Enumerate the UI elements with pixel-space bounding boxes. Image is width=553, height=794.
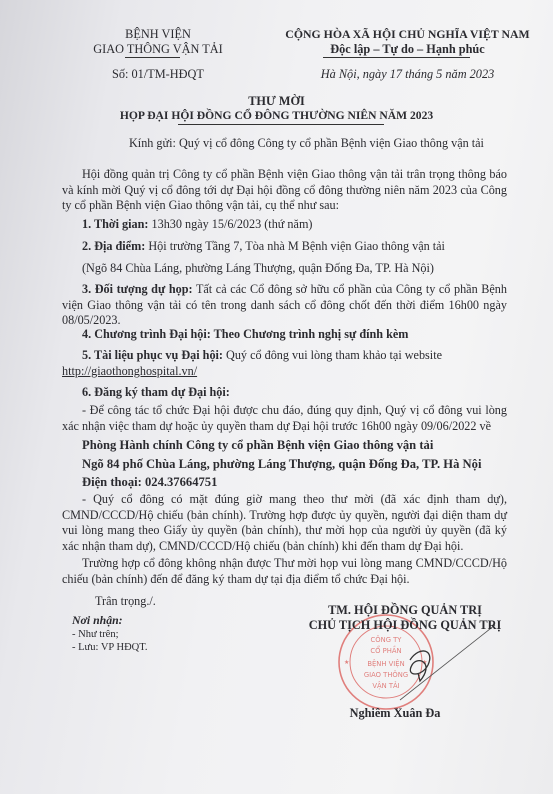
motto: Độc lập – Tự do – Hạnh phúc bbox=[280, 42, 535, 57]
nation-title: CỘNG HÒA XÃ HỘI CHỦ NGHĨA VIỆT NAM bbox=[280, 27, 535, 42]
recipient-item: - Như trên; bbox=[72, 629, 119, 640]
office-name: Phòng Hành chính Công ty cổ phần Bệnh vi… bbox=[82, 438, 433, 453]
item-time: 1. Thời gian: 13h30 ngày 15/6/2023 (thứ … bbox=[82, 217, 312, 232]
registration-paragraph: - Để công tác tổ chức Đại hội được chu đ… bbox=[62, 403, 507, 434]
title-underline bbox=[178, 124, 384, 125]
intro-paragraph: Hội đồng quản trị Công ty cổ phần Bệnh v… bbox=[62, 167, 507, 214]
letter-title: THƯ MỜI bbox=[0, 94, 553, 109]
item-location: 2. Địa điểm: Hội trường Tầng 7, Tòa nhà … bbox=[82, 239, 445, 254]
item-text: 13h30 ngày 15/6/2023 (thứ năm) bbox=[148, 217, 312, 231]
item-documents: 5. Tài liệu phục vụ Đại hội: Quý cổ đông… bbox=[62, 348, 507, 364]
doc-number: Số: 01/TM-HĐQT bbox=[88, 67, 228, 82]
office-address: Ngõ 84 phố Chùa Láng, phường Láng Thượng… bbox=[82, 457, 481, 472]
item-text: Quý cổ đông vui lòng tham khảo tại websi… bbox=[223, 348, 442, 362]
office-phone: Điện thoại: 024.37664751 bbox=[82, 475, 217, 490]
item-attendees: 3. Đối tượng dự họp: Tất cả các Cổ đông … bbox=[62, 282, 507, 329]
closing: Trân trọng./. bbox=[95, 594, 156, 609]
item-registration: 6. Đăng ký tham dự Đại hội: bbox=[82, 385, 230, 400]
meeting-title: HỌP ĐẠI HỘI ĐỒNG CỔ ĐÔNG THƯỜNG NIÊN NĂM… bbox=[0, 109, 553, 122]
motto-underline bbox=[323, 57, 470, 58]
recipient-item: - Lưu: VP HĐQT. bbox=[72, 642, 148, 653]
recipients-heading: Nơi nhận: bbox=[72, 613, 123, 628]
signature-title-2: CHỦ TỊCH HỘI ĐỒNG QUẢN TRỊ bbox=[290, 618, 520, 633]
org-underline bbox=[125, 57, 180, 58]
no-invite-paragraph: Trường hợp cổ đông không nhận được Thư m… bbox=[62, 556, 507, 587]
item-location-address: (Ngõ 84 Chùa Láng, phường Láng Thượng, q… bbox=[82, 261, 434, 276]
org-name-line1: BỆNH VIỆN bbox=[88, 27, 228, 42]
org-name-line2: GIAO THÔNG VẬN TẢI bbox=[78, 42, 238, 57]
place-date: Hà Nội, ngày 17 tháng 5 năm 2023 bbox=[280, 67, 535, 82]
item-label: 2. Địa điểm: bbox=[82, 239, 145, 253]
item-text: Hội trường Tầng 7, Tòa nhà M Bệnh viện G… bbox=[145, 239, 445, 253]
item-label: 5. Tài liệu phục vụ Đại hội: bbox=[82, 348, 223, 362]
attendance-paragraph: - Quý cổ đông có mặt đúng giờ mang theo … bbox=[62, 492, 507, 554]
recipient-line: Kính gửi: Quý vị cổ đông Công ty cổ phần… bbox=[129, 136, 484, 151]
item-agenda: 4. Chương trình Đại hội: Theo Chương trì… bbox=[82, 327, 408, 342]
svg-text:★: ★ bbox=[344, 659, 349, 666]
item-label: 1. Thời gian: bbox=[82, 217, 148, 231]
item-label: 3. Đối tượng dự họp: bbox=[82, 282, 193, 296]
signer-name: Nghiêm Xuân Đa bbox=[330, 706, 460, 721]
website-link[interactable]: http://giaothonghospital.vn/ bbox=[62, 364, 197, 379]
signature-title-1: TM. HỘI ĐỒNG QUẢN TRỊ bbox=[300, 603, 510, 618]
